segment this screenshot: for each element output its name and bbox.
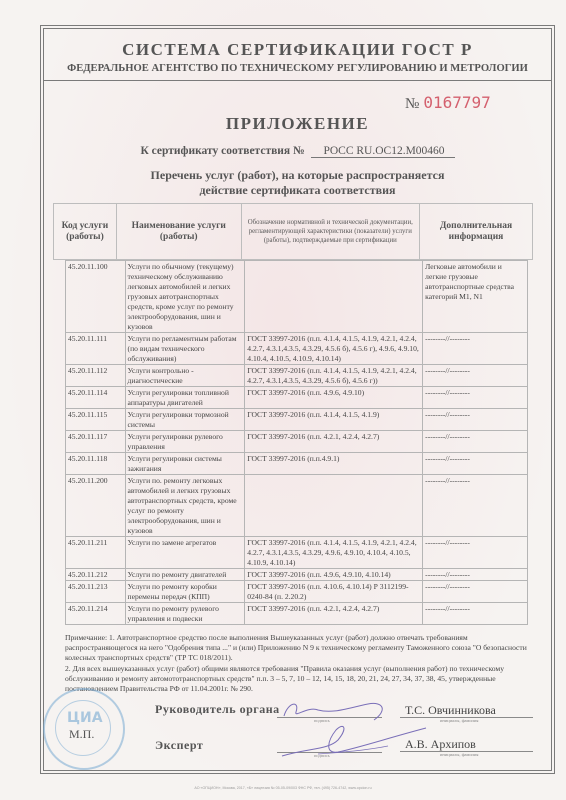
header-divider	[43, 80, 552, 81]
service-code: 45.20.11.114	[66, 387, 126, 409]
head-name: Т.С. Овчинникова	[405, 703, 496, 718]
service-docs: ГОСТ 33997-2016 (п.п. 4.10.6, 4.10.14) Р…	[245, 581, 423, 603]
service-code: 45.20.11.212	[66, 569, 126, 581]
header-info: Дополнительная информация	[420, 204, 533, 260]
table-row: 45.20.11.211Услуги по замене агрегатовГО…	[66, 537, 528, 569]
service-code: 45.20.11.111	[66, 333, 126, 365]
service-name: Услуги по. ремонту легковых автомобилей …	[125, 475, 245, 537]
serial-prefix: №	[405, 96, 419, 112]
head-name-caption: инициалы, фамилия	[440, 718, 479, 723]
service-code: 45.20.11.115	[66, 409, 126, 431]
service-name: Услуги по ремонту рулевого управления и …	[125, 603, 245, 625]
table-row: 45.20.11.100Услуги по обычному (текущему…	[66, 261, 528, 333]
certificate-number: POCC RU.OC12.M00460	[311, 145, 454, 158]
service-docs: ГОСТ 33997-2016 (п.п. 4.1.4, 4.1.5, 4.1.…	[245, 333, 423, 365]
service-info: --------//--------	[423, 453, 528, 475]
services-table: 45.20.11.100Услуги по обычному (текущему…	[65, 260, 528, 625]
service-docs: ГОСТ 33997-2016 (п.п. 4.2.1, 4.2.4, 4.2.…	[245, 603, 423, 625]
service-docs: ГОСТ 33997-2016 (п.п. 4.1.4, 4.1.5, 4.1.…	[245, 537, 423, 569]
service-docs: ГОСТ 33997-2016 (п.п.4.9.1)	[245, 453, 423, 475]
expert-name: А.В. Архипов	[405, 737, 476, 752]
service-info: --------//--------	[423, 537, 528, 569]
service-name: Услуги регулировки системы зажигания	[125, 453, 245, 475]
service-name: Услуги по ремонту коробки перемены перед…	[125, 581, 245, 603]
service-code: 45.20.11.211	[66, 537, 126, 569]
certificate-reference: К сертификату соответствия № POCC RU.OC1…	[43, 145, 552, 158]
expert-label: Эксперт	[155, 738, 203, 753]
stamp-logo: ЦИА	[67, 710, 103, 726]
service-docs	[245, 261, 423, 333]
serial-number: 0167797	[423, 93, 490, 112]
expert-name-caption: инициалы, фамилия	[440, 752, 479, 757]
service-info: --------//--------	[423, 409, 528, 431]
service-code: 45.20.11.118	[66, 453, 126, 475]
service-name: Услуги контрольно - диагностические	[125, 365, 245, 387]
table-row: 45.20.11.117Услуги регулировки рулевого …	[66, 431, 528, 453]
service-info: --------//--------	[423, 333, 528, 365]
service-name: Услуги по регламентным работам (по видам…	[125, 333, 245, 365]
service-name: Услуги по замене агрегатов	[125, 537, 245, 569]
service-info: --------//--------	[423, 603, 528, 625]
service-name: Услуги по обычному (текущему) техническо…	[125, 261, 245, 333]
table-row: 45.20.11.114Услуги регулировки топливной…	[66, 387, 528, 409]
service-code: 45.20.11.112	[66, 365, 126, 387]
service-docs: ГОСТ 33997-2016 (п.п. 4.9.6, 4.9.10)	[245, 387, 423, 409]
list-title-line-1: Перечень услуг (работ), на которые распр…	[43, 168, 552, 183]
service-docs: ГОСТ 33997-2016 (п.п. 4.9.6, 4.9.10, 4.1…	[245, 569, 423, 581]
serial-number-block: №0167797	[405, 93, 491, 113]
certificate-label: К сертификату соответствия №	[140, 145, 304, 157]
service-code: 45.20.11.213	[66, 581, 126, 603]
header-name: Наименование услуги (работы)	[116, 204, 241, 260]
service-info: --------//--------	[423, 431, 528, 453]
service-docs: ГОСТ 33997-2016 (п.п. 4.2.1, 4.2.4, 4.2.…	[245, 431, 423, 453]
service-info: --------//--------	[423, 581, 528, 603]
service-info: --------//--------	[423, 387, 528, 409]
appendix-title: ПРИЛОЖЕНИЕ	[43, 114, 552, 134]
header-code: Код услуги (работы)	[54, 204, 117, 260]
table-row: 45.20.11.213Услуги по ремонту коробки пе…	[66, 581, 528, 603]
printer-imprint: АО «ОПЦИОН», Москва, 2017, «Б» лицензия …	[0, 786, 566, 790]
table-row: 45.20.11.200Услуги по. ремонту легковых …	[66, 475, 528, 537]
table-row: 45.20.11.212Услуги по ремонту двигателей…	[66, 569, 528, 581]
service-code: 45.20.11.200	[66, 475, 126, 537]
service-code: 45.20.11.214	[66, 603, 126, 625]
table-row: 45.20.11.111Услуги по регламентным работ…	[66, 333, 528, 365]
service-info: Легковые автомобили и легкие грузовые ав…	[423, 261, 528, 333]
official-stamp: ЦИА М.П.	[43, 688, 125, 770]
system-title: СИСТЕМА СЕРТИФИКАЦИИ ГОСТ Р	[43, 40, 552, 60]
table-row: 45.20.11.118Услуги регулировки системы з…	[66, 453, 528, 475]
list-title-line-2: действие сертификата соответствия	[43, 183, 552, 198]
table-row: 45.20.11.112Услуги контрольно - диагност…	[66, 365, 528, 387]
service-docs: ГОСТ 33997-2016 (п.п. 4.1.4, 4.1.5, 4.1.…	[245, 409, 423, 431]
note-2: 2. Для всех вышеуказанных услуг (работ) …	[65, 664, 540, 695]
services-table-header: Код услуги (работы) Наименование услуги …	[53, 203, 533, 260]
service-name: Услуги регулировки топливной аппаратуры …	[125, 387, 245, 409]
stamp-label: М.П.	[69, 727, 94, 742]
list-title: Перечень услуг (работ), на которые распр…	[43, 168, 552, 198]
service-docs	[245, 475, 423, 537]
table-row: 45.20.11.115Услуги регулировки тормозной…	[66, 409, 528, 431]
table-row: 45.20.11.214Услуги по ремонту рулевого у…	[66, 603, 528, 625]
service-name: Услуги регулировки рулевого управления	[125, 431, 245, 453]
agency-name: ФЕДЕРАЛЬНОЕ АГЕНТСТВО ПО ТЕХНИЧЕСКОМУ РЕ…	[43, 63, 552, 74]
note-1: Примечание: 1. Автотранспортное средство…	[65, 633, 540, 664]
service-docs: ГОСТ 33997-2016 (п.п. 4.1.4, 4.1.5, 4.1.…	[245, 365, 423, 387]
head-label: Руководитель органа	[155, 702, 280, 717]
service-name: Услуги по ремонту двигателей	[125, 569, 245, 581]
service-info: --------//--------	[423, 365, 528, 387]
header-docs: Обозначение нормативной и технической до…	[241, 204, 419, 260]
service-info: --------//--------	[423, 569, 528, 581]
service-name: Услуги регулировки тормозной системы	[125, 409, 245, 431]
service-code: 45.20.11.117	[66, 431, 126, 453]
notes: Примечание: 1. Автотранспортное средство…	[65, 633, 540, 694]
service-info: --------//--------	[423, 475, 528, 537]
service-code: 45.20.11.100	[66, 261, 126, 333]
